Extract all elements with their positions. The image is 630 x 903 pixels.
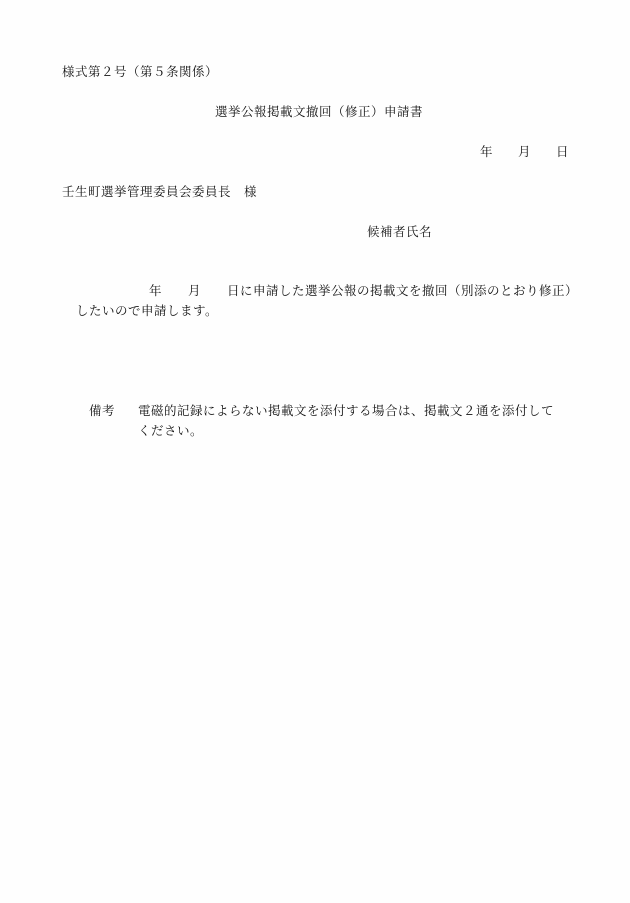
body-month-label: 月: [188, 285, 201, 298]
remarks-label: 備考: [89, 405, 115, 418]
candidate-name-label: 候補者氏名: [367, 226, 432, 239]
date-year-label: 年: [480, 146, 493, 159]
remarks-text-line-2: ください。: [138, 425, 203, 438]
document-title: 選挙公報掲載文撤回（修正）申請書: [215, 106, 423, 119]
date-month-label: 月: [518, 146, 531, 159]
body-year-label: 年: [149, 285, 162, 298]
remarks-text-line-1: 電磁的記録によらない掲載文を添付する場合は、掲載文２通を添付して: [138, 405, 554, 418]
body-text-line-1: 日に申請した選挙公報の掲載文を撤回（別添のとおり修正）: [227, 285, 578, 298]
form-number: 様式第２号（第５条関係）: [62, 66, 218, 79]
date-day-label: 日: [556, 146, 569, 159]
body-text-line-2: したいので申請します。: [76, 305, 218, 318]
addressee: 壬生町選挙管理委員会委員長 様: [62, 186, 257, 199]
